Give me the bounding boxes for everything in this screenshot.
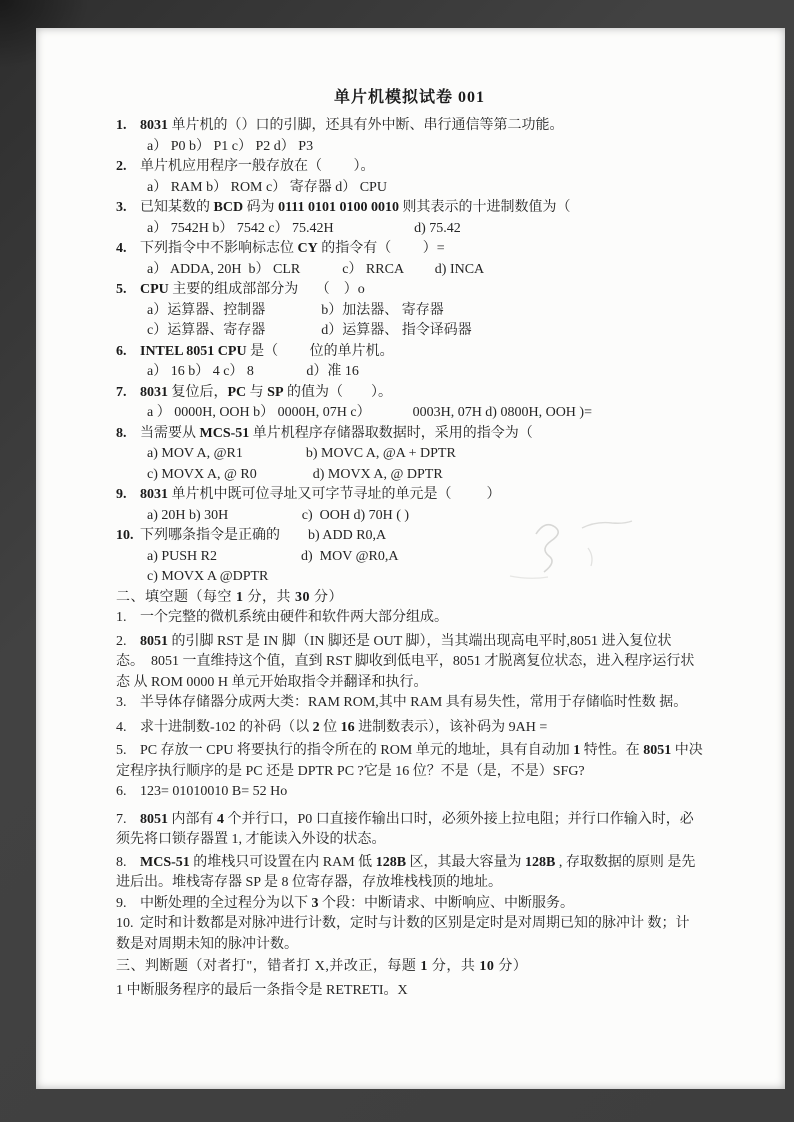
text-segment: 已知某数的 [140,200,214,215]
text-segment: BCD [214,200,244,215]
option-line: c) MOVX A @DPTR [116,567,763,588]
item-number: 9. [116,485,140,506]
section-header: 三、判断题（对者打"，错者打 X,并改正，每题 1 分，共 10 分） [116,957,763,978]
page-title: 单片机模拟试卷 001 [116,84,703,107]
text-segment: 16 [341,720,355,735]
text-segment: 单片机的（）口的引脚，还具有外中断、串行通信等第二功能。 [172,118,564,133]
text-segment: 8031 [140,118,172,133]
text-segment: 中决 [671,743,703,758]
text-segment: CY [298,241,318,256]
question-line: 6.123= 01010010 B= 52 Ho [116,782,763,803]
item-number: 6. [116,782,140,803]
text-segment: 的堆栈只可设置在内 RAM 低 [190,855,376,870]
text-segment: 位 [320,720,341,735]
text-segment: 30 [295,590,310,605]
option-line: a ） 0000H, OOH b） 0000H, 07H c） 0003H, 0… [116,403,763,424]
item-number: 8. [116,424,140,445]
text-segment: 单片机应用程序一般存放在（ ）。 [140,159,375,174]
text-segment: a）运算器、控制器 b）加法器、 寄存器 [147,303,444,318]
text-segment: a） RAM b） ROM c） 寄存器 d） CPU [147,180,387,195]
text-line: 态 从 ROM 0000 H 单元开始取指令并翻译和执行。 [116,673,763,694]
text-segment: a) MOV A, @R1 b) MOVC A, @A + DPTR [147,446,456,461]
text-segment: , 存取数据的原则 是先 [555,855,695,870]
item-number: 10. [116,526,140,547]
question-line: 2.8051 的引脚 RST 是 IN 脚（IN 脚还是 OUT 脚），当其端出… [116,632,763,653]
question-line: 8.当需要从 MCS-51 单片机程序存储器取数据时，采用的指令为（ [116,424,763,445]
text-segment: 123= 01010010 B= 52 Ho [140,784,287,799]
text-segment: 与 [246,385,267,400]
text-line: 定程序执行顺序的是 PC 还是 DPTR PC ?它是 16 位？不是（是，不是… [116,762,763,783]
scanned-exam-screenshot: { "doc": { "title": "单片机模拟试卷 001", "fram… [0,0,794,1122]
text-segment: 128B [376,855,406,870]
text-segment: 主要的组成部部分为 （ ）o [169,282,365,297]
text-segment: c) MOVX A @DPTR [147,569,268,584]
option-line: a） RAM b） ROM c） 寄存器 d） CPU [116,178,763,199]
text-segment: a) 20H b) 30H c) OOH d) 70H ( ) [147,508,409,523]
text-segment: MCS-51 [140,855,190,870]
item-number: 3. [116,693,140,714]
text-segment: 内部有 [168,812,217,827]
option-line: a） ADDA, 20H b） CLR c） RRCA d) INCA [116,260,763,281]
text-segment: 0111 0101 0100 0010 [278,200,399,215]
text-segment: 分，共 [244,590,296,605]
text-segment: PC 存放一 CPU 将要执行的指令所在的 ROM 单元的地址，具有自动加 [140,743,573,758]
question-line: 9.中断处理的全过程分为以下 3 个段：中断请求、中断响应、中断服务。 [116,894,763,915]
option-line: a）运算器、控制器 b）加法器、 寄存器 [116,301,763,322]
item-number: 9. [116,894,140,915]
text-segment: 单片机程序存储器取数据时，采用的指令为（ [249,426,533,441]
option-line: a) 20H b) 30H c) OOH d) 70H ( ) [116,506,763,527]
item-number: 1. [116,608,140,629]
text-segment: a ） 0000H, OOH b） 0000H, 07H c） 0003H, 0… [147,405,592,420]
question-line: 6.INTEL 8051 CPU 是（ 位的单片机。 [116,342,763,363]
text-line: 1 中断服务程序的最后一条指令是 RETRETI。X [116,981,763,1002]
text-segment: 须先将口锁存器置 1, 才能读入外设的状态。 [116,832,386,847]
text-segment: 定程序执行顺序的是 PC 还是 DPTR PC ?它是 16 位？不是（是，不是… [116,764,585,779]
question-line: 5.PC 存放一 CPU 将要执行的指令所在的 ROM 单元的地址，具有自动加 … [116,741,763,762]
item-number: 2. [116,632,140,653]
question-line: 7.8031 复位后，PC 与 SP 的值为（ ）。 [116,383,763,404]
text-segment: 8031 [140,385,168,400]
question-line: 3.半导体存储器分成两大类：RAM ROM,其中 RAM 具有易失性，常用于存储… [116,693,763,714]
item-number: 3. [116,198,140,219]
question-line: 5.CPU 主要的组成部部分为 （ ）o [116,280,763,301]
text-segment: 8051 [140,634,168,649]
option-line: a） 16 b） 4 c） 8 d）准 16 [116,362,763,383]
text-segment: 三、判断题（对者打"，错者打 X,并改正，每题 [116,959,420,974]
text-segment: 复位后， [168,385,228,400]
text-segment: 1 [236,590,244,605]
question-line: 1.8031 单片机的（）口的引脚，还具有外中断、串行通信等第二功能。 [116,116,763,137]
text-segment: 单片机中既可位寻址又可字节寻址的单元是（ ） [168,487,501,502]
question-line: 7.8051 内部有 4 个并行口，P0 口直接作输出口时，必须外接上拉电阻；并… [116,810,763,831]
option-line: a） P0 b） P1 c） P2 d） P3 [116,137,763,158]
text-segment: 8051 [140,812,168,827]
option-line: a) MOV A, @R1 b) MOVC A, @A + DPTR [116,444,763,465]
text-segment: 个段：中断请求、中断响应、中断服务。 [319,896,575,911]
text-segment: a） 7542H b） 7542 c） 75.42H d) 75.42 [147,221,461,236]
option-line: c）运算器、寄存器 d）运算器、 指令译码器 [116,321,763,342]
document-content: 单片机模拟试卷 001 1.8031 单片机的（）口的引脚，还具有外中断、串行通… [36,28,785,1089]
text-segment: 一个完整的微机系统由硬件和软件两大部分组成。 [140,610,448,625]
text-segment: 的值为（ ）。 [284,385,393,400]
text-segment: a) PUSH R2 d) MOV @R0,A [147,549,398,564]
text-segment: 4 [217,812,224,827]
text-segment: 的指令有（ ）= [318,241,445,256]
text-line: 态。 8051 一直维持这个值，直到 RST 脚收到低电平，8051 才脱离复位… [116,652,763,673]
text-segment: 态。 8051 一直维持这个值，直到 RST 脚收到低电平，8051 才脱离复位… [116,654,694,669]
text-segment: 8031 [140,487,168,502]
text-segment: 则其表示的十进制数值为（ [399,200,571,215]
text-segment: a） ADDA, 20H b） CLR c） RRCA d) INCA [147,262,484,277]
text-segment: INTEL 8051 CPU [140,344,247,359]
question-line: 1.一个完整的微机系统由硬件和软件两大部分组成。 [116,608,763,629]
text-segment: 分） [494,959,527,974]
text-segment: 分，共 [428,959,480,974]
option-line: a) PUSH R2 d) MOV @R0,A [116,547,763,568]
item-number: 5. [116,280,140,301]
option-line: c) MOVX A, @ R0 d) MOVX A, @ DPTR [116,465,763,486]
text-segment: 数是对周期未知的脉冲计数。 [116,937,298,952]
text-segment: 分） [310,590,343,605]
text-segment: c) MOVX A, @ R0 d) MOVX A, @ DPTR [147,467,443,482]
item-number: 2. [116,157,140,178]
question-line: 9.8031 单片机中既可位寻址又可字节寻址的单元是（ ） [116,485,763,506]
text-segment: 进制数表示），该补码为 9AH = [355,720,548,735]
text-segment: 10 [479,959,494,974]
text-segment: 是（ 位的单片机。 [247,344,394,359]
option-line: a） 7542H b） 7542 c） 75.42H d) 75.42 [116,219,763,240]
question-line: 10.定时和计数都是对脉冲进行计数，定时与计数的区别是定时是对周期已知的脉冲计 … [116,914,763,935]
document-body: 1.8031 单片机的（）口的引脚，还具有外中断、串行通信等第二功能。a） P0… [116,116,763,1001]
text-segment: CPU [140,282,169,297]
text-segment: 态 从 ROM 0000 H 单元开始取指令并翻译和执行。 [116,675,428,690]
text-segment: 码为 [243,200,278,215]
text-segment: 二、填空题（每空 [116,590,236,605]
text-segment: 8051 [643,743,671,758]
text-segment: 1 [420,959,428,974]
question-line: 2.单片机应用程序一般存放在（ ）。 [116,157,763,178]
item-number: 6. [116,342,140,363]
text-line: 数是对周期未知的脉冲计数。 [116,935,763,956]
text-segment: 区，其最大容量为 [406,855,525,870]
text-segment: 求十进制数-102 的补码（以 [140,720,313,735]
text-segment: 个并行口，P0 口直接作输出口时，必须外接上拉电阻；并行口作输入时，必 [224,812,694,827]
item-number: 8. [116,853,140,874]
text-segment: 半导体存储器分成两大类：RAM ROM,其中 RAM 具有易失性，常用于存储临时… [140,695,687,710]
item-number: 5. [116,741,140,762]
question-line: 8.MCS-51 的堆栈只可设置在内 RAM 低 128B 区，其最大容量为 1… [116,853,763,874]
text-segment: a） 16 b） 4 c） 8 d）准 16 [147,364,359,379]
item-number: 4. [116,718,140,739]
item-number: 7. [116,383,140,404]
text-segment: c）运算器、寄存器 d）运算器、 指令译码器 [147,323,472,338]
section-header: 二、填空题（每空 1 分，共 30 分） [116,588,763,609]
question-line: 10.下列哪条指令是正确的 b) ADD R0,A [116,526,763,547]
item-number: 4. [116,239,140,260]
text-line: 须先将口锁存器置 1, 才能读入外设的状态。 [116,830,763,851]
item-number: 10. [116,914,140,935]
text-line: 进后出。堆栈寄存器 SP 是 8 位寄存器，存放堆栈栈顶的地址。 [116,873,763,894]
text-segment: a） P0 b） P1 c） P2 d） P3 [147,139,313,154]
text-segment: 的引脚 RST 是 IN 脚（IN 脚还是 OUT 脚），当其端出现高电平时,8… [168,634,672,649]
text-segment: 定时和计数都是对脉冲进行计数，定时与计数的区别是定时是对周期已知的脉冲计 数；计 [140,916,690,931]
question-line: 4.求十进制数-102 的补码（以 2 位 16 进制数表示），该补码为 9AH… [116,718,763,739]
text-segment: MCS-51 [200,426,250,441]
text-segment: 当需要从 [140,426,200,441]
text-segment: 128B [525,855,555,870]
text-segment: PC [228,385,247,400]
item-number: 1. [116,116,140,137]
text-segment: 3 [312,896,319,911]
text-segment: 特性。在 [580,743,643,758]
text-segment: 2 [313,720,320,735]
text-segment: 中断处理的全过程分为以下 [140,896,312,911]
text-segment: 下列指令中不影响标志位 [140,241,298,256]
text-segment: 进后出。堆栈寄存器 SP 是 8 位寄存器，存放堆栈栈顶的地址。 [116,875,502,890]
question-line: 3.已知某数的 BCD 码为 0111 0101 0100 0010 则其表示的… [116,198,763,219]
item-number: 7. [116,810,140,831]
question-line: 4.下列指令中不影响标志位 CY 的指令有（ ）= [116,239,763,260]
document-page: 单片机模拟试卷 001 1.8031 单片机的（）口的引脚，还具有外中断、串行通… [36,28,785,1089]
text-segment: 1 中断服务程序的最后一条指令是 RETRETI。X [116,983,408,998]
text-segment: 下列哪条指令是正确的 b) ADD R0,A [140,528,386,543]
text-segment: SP [267,385,283,400]
